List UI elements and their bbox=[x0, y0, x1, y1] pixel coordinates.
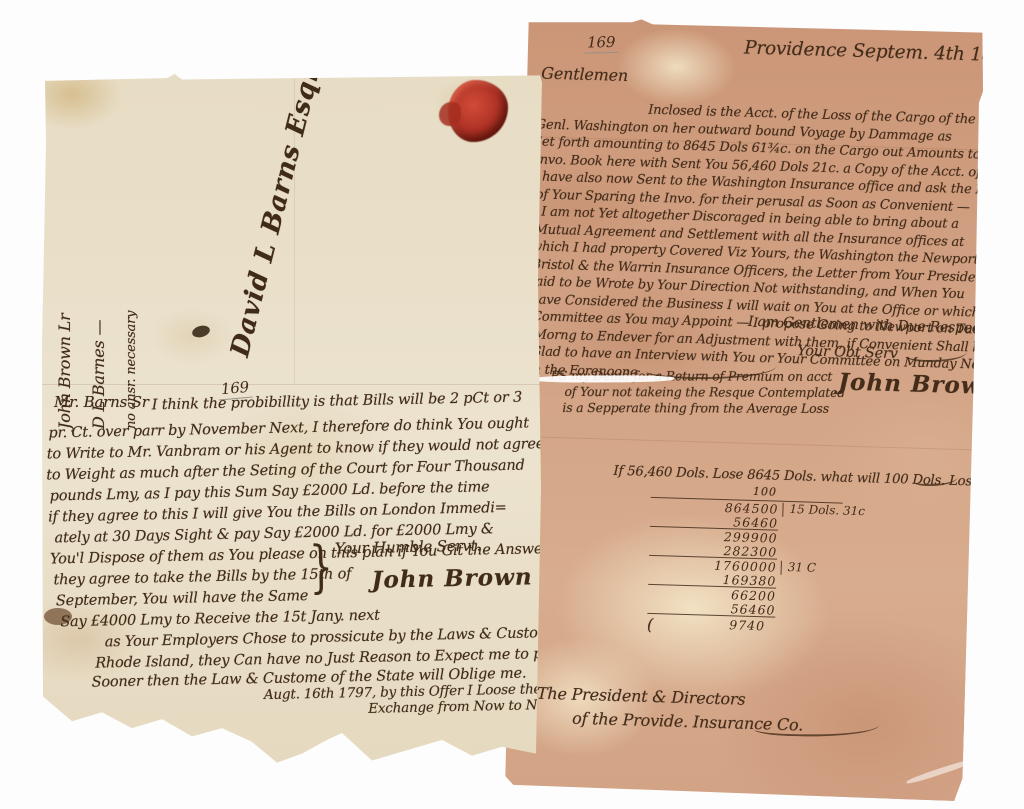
addressee-line: The President & Directors bbox=[537, 685, 746, 709]
photograph-of-two-manuscript-letters: 169 Providence Septem. 4th 1802 Gentleme… bbox=[0, 0, 1024, 809]
body-line: I think the probibillity is that Bills w… bbox=[152, 391, 523, 415]
flourish bbox=[754, 721, 879, 739]
salutation: Gentlemen bbox=[541, 64, 628, 84]
pencil-catalog-number: 169 bbox=[584, 34, 618, 53]
dateline: Providence Septem. 4th 1802 bbox=[744, 38, 1017, 66]
signature: John Brown bbox=[371, 564, 533, 593]
signature: John Brown bbox=[838, 369, 1000, 399]
calc-quotient: 31 C bbox=[781, 561, 817, 576]
fold-crease bbox=[515, 436, 973, 451]
letter-body: I think the probibillity is that Bills w… bbox=[35, 64, 549, 764]
right-letter-page: 169 Providence Septem. 4th 1802 Gentleme… bbox=[504, 16, 985, 801]
closing-line: Your Humble Servt. bbox=[335, 537, 482, 557]
left-letter-page: John Brown Lr D L Barnes — no ansr. nece… bbox=[42, 74, 542, 764]
body-line: Say £4000 Lmy to Receive the 15t Jany. n… bbox=[60, 609, 380, 632]
calc-value: 9740 bbox=[655, 616, 765, 633]
calc-paren: ( bbox=[647, 616, 653, 630]
paper-tear bbox=[906, 758, 974, 786]
loss-calculation: If 56,460 Dols. Lose 8645 Dols. what wil… bbox=[527, 16, 985, 30]
calc-value: 56460 bbox=[647, 600, 775, 617]
brace-glyph: } bbox=[309, 537, 333, 599]
postscript-line: of Your not takeing the Resque Contempla… bbox=[564, 385, 845, 400]
body-line: September, You will have the Same bbox=[56, 589, 309, 610]
calc-multiplier: 100 bbox=[753, 486, 777, 499]
postscript-line: is a Sepperate thing from the Average Lo… bbox=[562, 401, 829, 416]
closing-line: Your Obt Serv bbox=[797, 344, 898, 363]
body-line: they agree to take the Bills by the 15th… bbox=[53, 567, 351, 589]
letter-body: Inclosed is the Acct. of the Loss of the… bbox=[537, 100, 983, 113]
